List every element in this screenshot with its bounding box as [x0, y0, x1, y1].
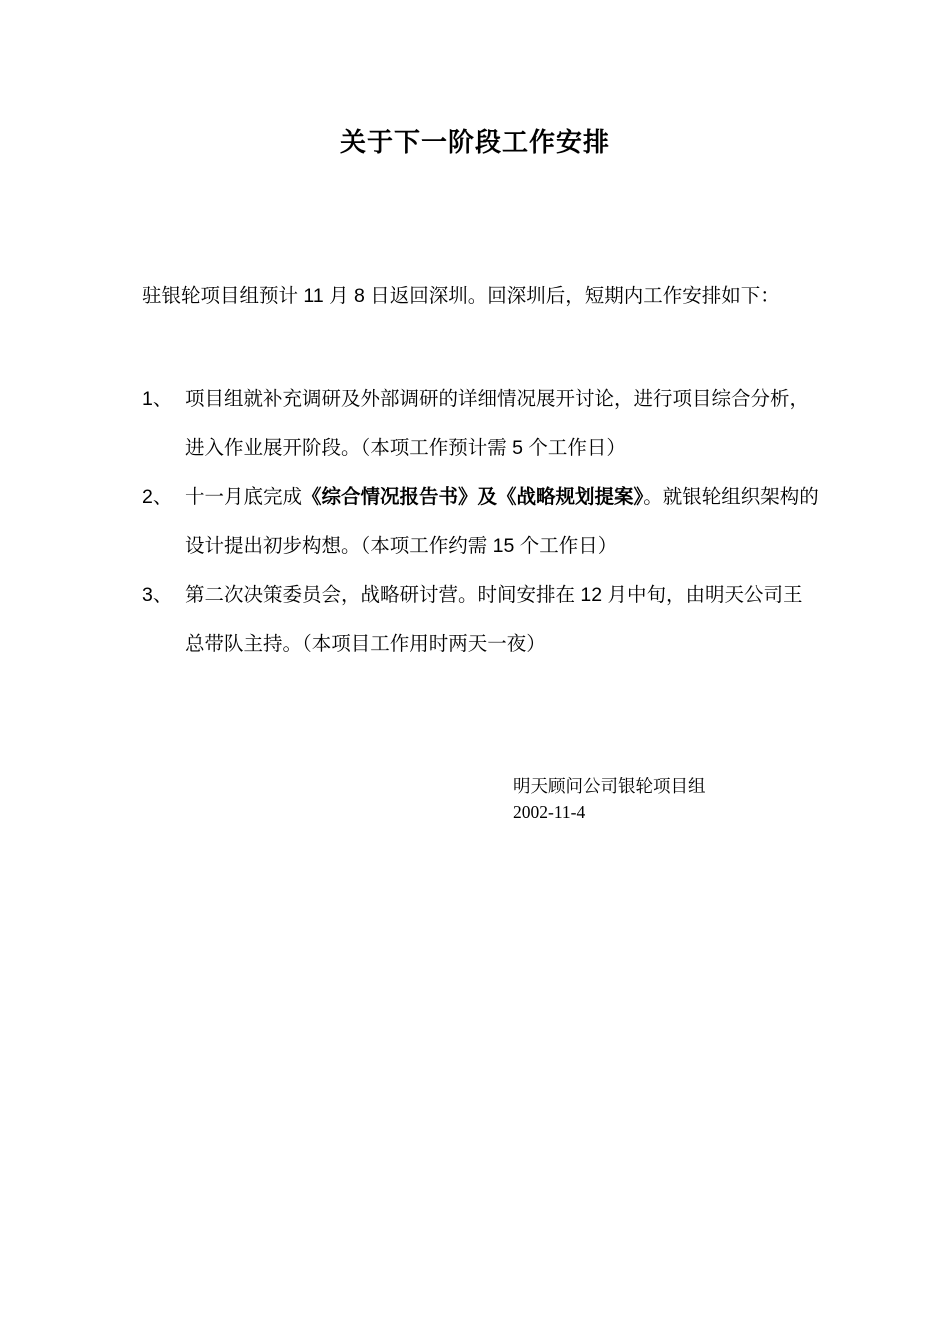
text-segment: 项目组就补充调研及外部调研的详细情况展开讨论，进行项目综合分析， — [185, 388, 809, 410]
item-line: 总带队主持。（本项目工作用时两天一夜） — [185, 620, 822, 669]
intro-paragraph: 驻银轮项目组预计 11 月 8 日返回深圳。回深圳后，短期内工作安排如下： — [142, 272, 822, 321]
text-segment: 第二次决策委员会，战略研讨营。时间安排在 12 月中旬，由明天公司王 — [185, 584, 803, 606]
item-text: 项目组就补充调研及外部调研的详细情况展开讨论，进行项目综合分析， 进入作业展开阶… — [185, 375, 822, 473]
document-page: 关于下一阶段工作安排 驻银轮项目组预计 11 月 8 日返回深圳。回深圳后，短期… — [0, 0, 950, 1344]
text-segment: 总带队主持。（本项目工作用时两天一夜） — [185, 633, 546, 655]
work-items-list: 1、 项目组就补充调研及外部调研的详细情况展开讨论，进行项目综合分析， 进入作业… — [142, 375, 822, 669]
signature-org: 明天顾问公司银轮项目组 — [513, 773, 950, 799]
text-segment: 十一月底完成 — [185, 486, 302, 508]
list-item-1: 1、 项目组就补充调研及外部调研的详细情况展开讨论，进行项目综合分析， 进入作业… — [142, 375, 822, 473]
item-number: 2、 — [142, 473, 185, 522]
signature-block: 明天顾问公司银轮项目组 2002-11-4 — [513, 773, 950, 825]
text-segment: 进入作业展开阶段。（本项工作预计需 5 个工作日） — [185, 437, 626, 459]
list-item-3: 3、 第二次决策委员会，战略研讨营。时间安排在 12 月中旬，由明天公司王 总带… — [142, 571, 822, 669]
item-text: 第二次决策委员会，战略研讨营。时间安排在 12 月中旬，由明天公司王 总带队主持… — [185, 571, 822, 669]
page-title: 关于下一阶段工作安排 — [0, 124, 950, 161]
item-line: 项目组就补充调研及外部调研的详细情况展开讨论，进行项目综合分析， — [185, 375, 822, 424]
item-line: 设计提出初步构想。（本项工作约需 15 个工作日） — [185, 522, 822, 571]
book-title-segment: 《综合情况报告书》及《战略规划提案》 — [302, 486, 643, 508]
text-segment: 设计提出初步构想。（本项工作约需 15 个工作日） — [185, 535, 617, 557]
item-number: 1、 — [142, 375, 185, 424]
item-number: 3、 — [142, 571, 185, 620]
item-line: 十一月底完成《综合情况报告书》及《战略规划提案》。就银轮组织架构的 — [185, 473, 822, 522]
text-segment: 。就银轮组织架构的 — [643, 486, 819, 508]
signature-date: 2002-11-4 — [513, 799, 950, 825]
item-text: 十一月底完成《综合情况报告书》及《战略规划提案》。就银轮组织架构的 设计提出初步… — [185, 473, 822, 571]
item-line: 第二次决策委员会，战略研讨营。时间安排在 12 月中旬，由明天公司王 — [185, 571, 822, 620]
list-item-2: 2、 十一月底完成《综合情况报告书》及《战略规划提案》。就银轮组织架构的 设计提… — [142, 473, 822, 571]
item-line: 进入作业展开阶段。（本项工作预计需 5 个工作日） — [185, 424, 822, 473]
